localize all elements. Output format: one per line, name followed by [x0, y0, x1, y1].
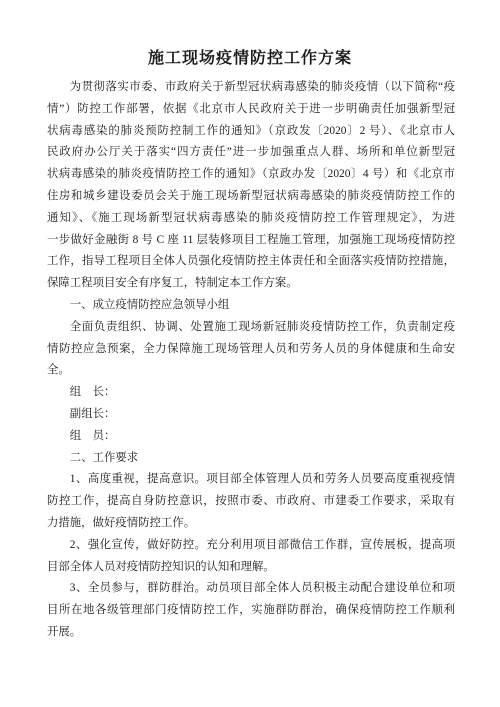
text-line: 通知》、《施工现场新型冠状病毒感染的肺炎疫情防控工作管理规定》，为进: [47, 208, 455, 230]
document-body: 为贯彻落实市委、市政府关于新型冠状病毒感染的肺炎疫情（以下简称“疫情”）防控工作…: [47, 77, 455, 644]
text-line: 3、全员参与，群防群治。动员项目部全体人员积极主动配合建设单位和项: [47, 578, 455, 600]
text-line: 组 员：: [47, 426, 455, 448]
text-line: 民政府办公厅关于落实“四方责任”进一步加强重点人群、场所和单位新型冠: [47, 142, 455, 164]
text-line: 状病毒感染的肺炎预防控制工作的通知》（京政发〔2020〕2 号）、《北京市人: [47, 121, 455, 143]
text-line: 住房和城乡建设委员会关于施工现场新型冠状病毒感染的肺炎疫情防控工作的: [47, 186, 455, 208]
document-title: 施工现场疫情防控工作方案: [0, 0, 500, 72]
text-line: 全。: [47, 360, 455, 382]
text-line: 防控工作，提高自身防控意识，按照市委、市政府、市建委工作要求，采取有: [47, 491, 455, 513]
text-line: 全面负责组织、协调、处置施工现场新冠肺炎疫情防控工作，负责制定疫: [47, 317, 455, 339]
text-line: 副组长：: [47, 404, 455, 426]
text-line: 情”）防控工作部署，依据《北京市人民政府关于进一步明确责任加强新型冠: [47, 99, 455, 121]
text-line: 力措施，做好疫情防控工作。: [47, 513, 455, 535]
text-line: 状病毒感染的肺炎疫情防控工作的通知》（京政办发〔2020〕4 号）和《北京市: [47, 164, 455, 186]
text-line: 工作，指导工程项目全体人员强化疫情防控主体责任和全面落实疫情防控措施，: [47, 251, 455, 273]
text-line: 一、成立疫情防控应急领导小组: [47, 295, 455, 317]
text-line: 一步做好金融街 8 号 C 座 11 层装修项目工程施工管理，加强施工现场疫情防…: [47, 230, 455, 252]
text-line: 组 长：: [47, 382, 455, 404]
text-line: 目所在地各级管理部门疫情防控工作，实施群防群治，确保疫情防控工作顺利: [47, 600, 455, 622]
text-line: 目部全体人员对疫情防控知识的认知和理解。: [47, 557, 455, 579]
text-line: 二、工作要求: [47, 448, 455, 470]
text-line: 2、强化宣传，做好防控。充分利用项目部微信工作群，宣传展板，提高项: [47, 535, 455, 557]
text-line: 情防控应急预案，全力保障施工现场管理人员和劳务人员的身体健康和生命安: [47, 339, 455, 361]
text-line: 为贯彻落实市委、市政府关于新型冠状病毒感染的肺炎疫情（以下简称“疫: [47, 77, 455, 99]
text-line: 1、高度重视，提高意识。项目部全体管理人员和劳务人员要高度重视疫情: [47, 469, 455, 491]
text-line: 开展。: [47, 622, 455, 644]
text-line: 保障工程项目安全有序复工，特制定本工作方案。: [47, 273, 455, 295]
document-page: 施工现场疫情防控工作方案 为贯彻落实市委、市政府关于新型冠状病毒感染的肺炎疫情（…: [0, 0, 500, 707]
